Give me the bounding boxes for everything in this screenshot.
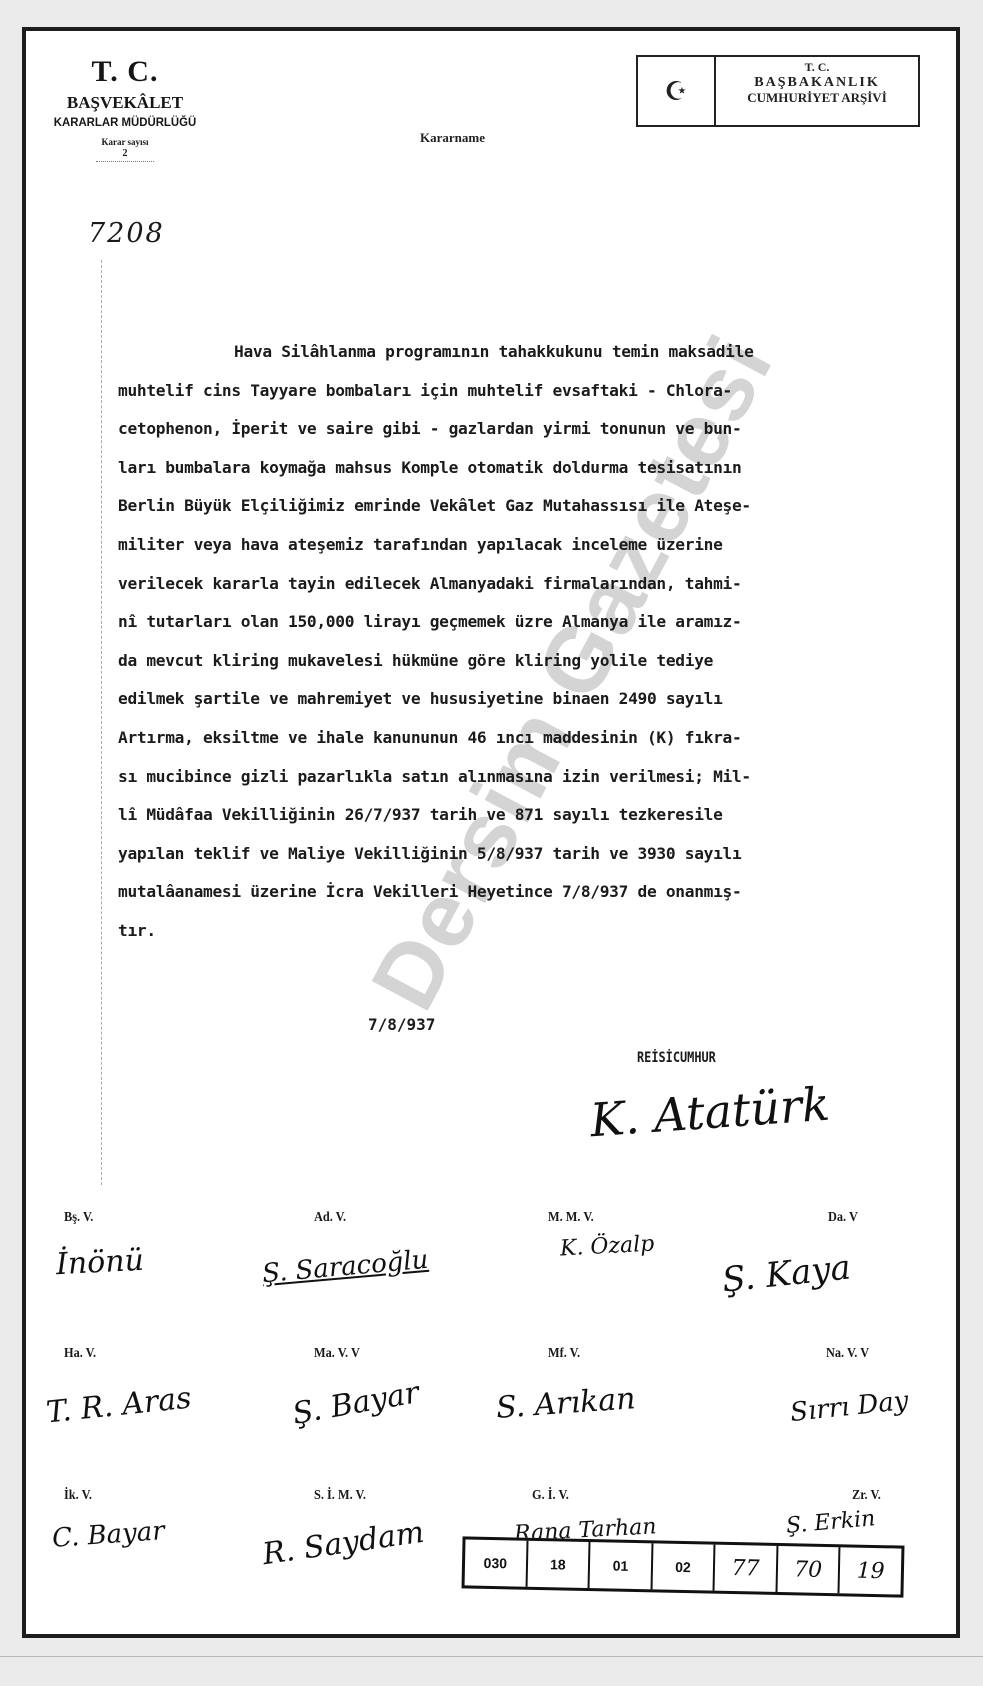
reference-code: 77 [715,1545,779,1592]
minister-role: Ma. V. V [314,1346,360,1362]
body-line: lî Müdâfaa Vekilliğinin 26/7/937 tarih v… [118,796,888,835]
minister-role: Zr. V. [852,1488,881,1504]
body-line: muhtelif cins Tayyare bombaları için muh… [118,372,888,411]
body-line: cetophenon, İperit ve saire gibi - gazla… [118,410,888,449]
minister-role: Ad. V. [314,1210,346,1226]
decree-body: Hava Silâhlanma programının tahakkukunu … [118,333,888,951]
body-line: yapılan teklif ve Maliye Vekilliğinin 5/… [118,835,888,874]
body-line: Artırma, eksiltme ve ihale kanununun 46 … [118,719,888,758]
minister-role: S. İ. M. V. [314,1488,366,1504]
minister-role: M. M. V. [548,1210,594,1226]
header-department: KARARLAR MÜDÜRLÜĞÜ [35,115,216,129]
minister-role: Bş. V. [64,1210,93,1226]
reference-code: 030 [465,1539,529,1586]
archive-stamp: ☪ T. C. BAŞBAKANLIK CUMHURİYET ARŞİVİ [636,55,920,127]
minister-role: Da. V [828,1210,858,1226]
reference-code: 01 [590,1542,654,1589]
minister-role: Na. V. V [826,1346,869,1362]
body-line: tır. [118,912,888,951]
body-line: ları bumbalara koymağa mahsus Komple oto… [118,449,888,488]
decree-date: 7/8/937 [368,1015,435,1034]
decision-number: 2 [30,148,220,159]
minister-signature: K. Özalp [559,1232,654,1262]
minister-role: Mf. V. [548,1346,580,1362]
margin-line [101,260,102,1185]
body-line: sı mucibince gizli pazarlıkla satın alın… [118,758,888,797]
stamp-line-3: CUMHURİYET ARŞİVİ [716,91,918,106]
body-line: Berlin Büyük Elçiliğimiz emrinde Vekâlet… [118,487,888,526]
body-line: verilecek kararla tayin edilecek Almanya… [118,565,888,604]
handwritten-number: 7208 [88,218,165,249]
stamp-line-1: T. C. [716,61,918,75]
body-line: Hava Silâhlanma programının tahakkukunu … [118,333,888,372]
header-tc: T. C. [30,55,220,89]
body-line: mutalâanamesi üzerine İcra Vekilleri Hey… [118,873,888,912]
stamp-line-2: BAŞBAKANLIK [716,75,918,91]
minister-role: G. İ. V. [532,1488,569,1504]
body-line: edilmek şartile ve mahremiyet ve hususiy… [118,680,888,719]
body-line: militer veya hava ateşemiz tarafından ya… [118,526,888,565]
dotted-line [96,161,154,162]
minister-role: İk. V. [64,1488,92,1504]
minister-signature: İnönü [55,1243,145,1283]
president-title: REİSİCUMHUR [637,1050,716,1066]
crescent-star-icon: ☪ [638,57,716,125]
minister-role: Ha. V. [64,1346,96,1362]
reference-code: 19 [840,1547,902,1594]
header-office: BAŞVEKÂLET [30,93,220,113]
issuing-office-header: T. C. BAŞVEKÂLET KARARLAR MÜDÜRLÜĞÜ Kara… [30,55,220,162]
archive-reference-box: 030 18 01 02 77 70 19 [462,1536,905,1597]
reference-code: 18 [527,1541,591,1588]
document-type: Kararname [420,130,485,146]
bottom-divider [0,1656,983,1657]
body-line: nî tutarları olan 150,000 lirayı geçmeme… [118,603,888,642]
reference-code: 02 [652,1543,716,1590]
decision-number-label: Karar sayısı [30,137,220,147]
body-line: da mevcut kliring mukavelesi hükmüne gör… [118,642,888,681]
reference-code: 70 [777,1546,841,1593]
